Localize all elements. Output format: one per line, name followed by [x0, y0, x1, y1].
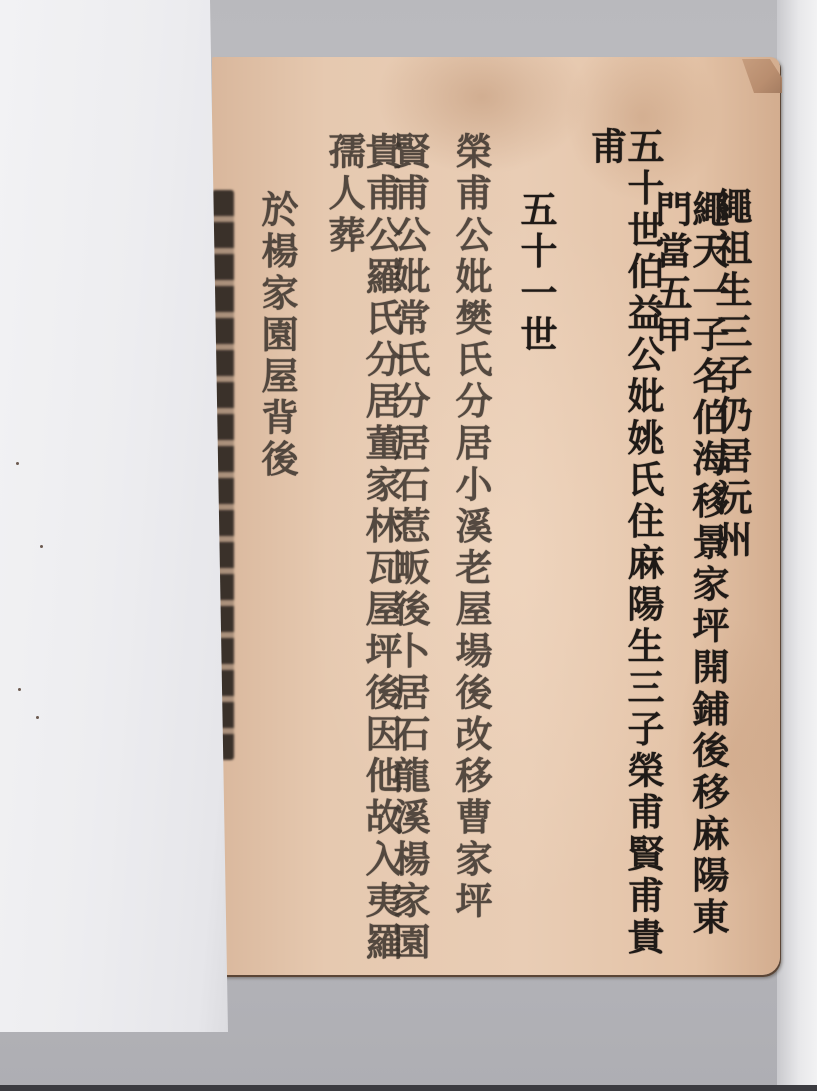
text-column-3: 五十世伯益公妣姚氏住麻陽生三子榮甫賢甫貴甫: [587, 127, 661, 975]
folded-corner: [742, 59, 782, 93]
paper-speck: [18, 688, 21, 691]
paper-speck: [40, 545, 43, 548]
manuscript-page: 繩祖生三子仍居沅州 繩天一子名伯海移景家坪開鋪後移麻陽東門當五甲 五十世伯益公妣…: [212, 57, 780, 975]
paper-speck: [16, 462, 19, 465]
text-column-4-generation-heading: 五十一世: [517, 190, 554, 356]
paper-speck: [36, 716, 39, 719]
scanner-edge: [777, 0, 817, 1091]
white-cover-sheet: [0, 0, 229, 1032]
text-column-7: 貴甫公羅氏分居董家林瓦屋坪後因他故入夷羅孺人葬: [325, 132, 399, 975]
text-column-5: 榮甫公妣樊氏分居小溪老屋場後改移曹家坪: [452, 132, 489, 922]
text-column-8: 於楊家園屋背後: [258, 190, 295, 481]
scanner-bottom-edge: [0, 1085, 817, 1091]
